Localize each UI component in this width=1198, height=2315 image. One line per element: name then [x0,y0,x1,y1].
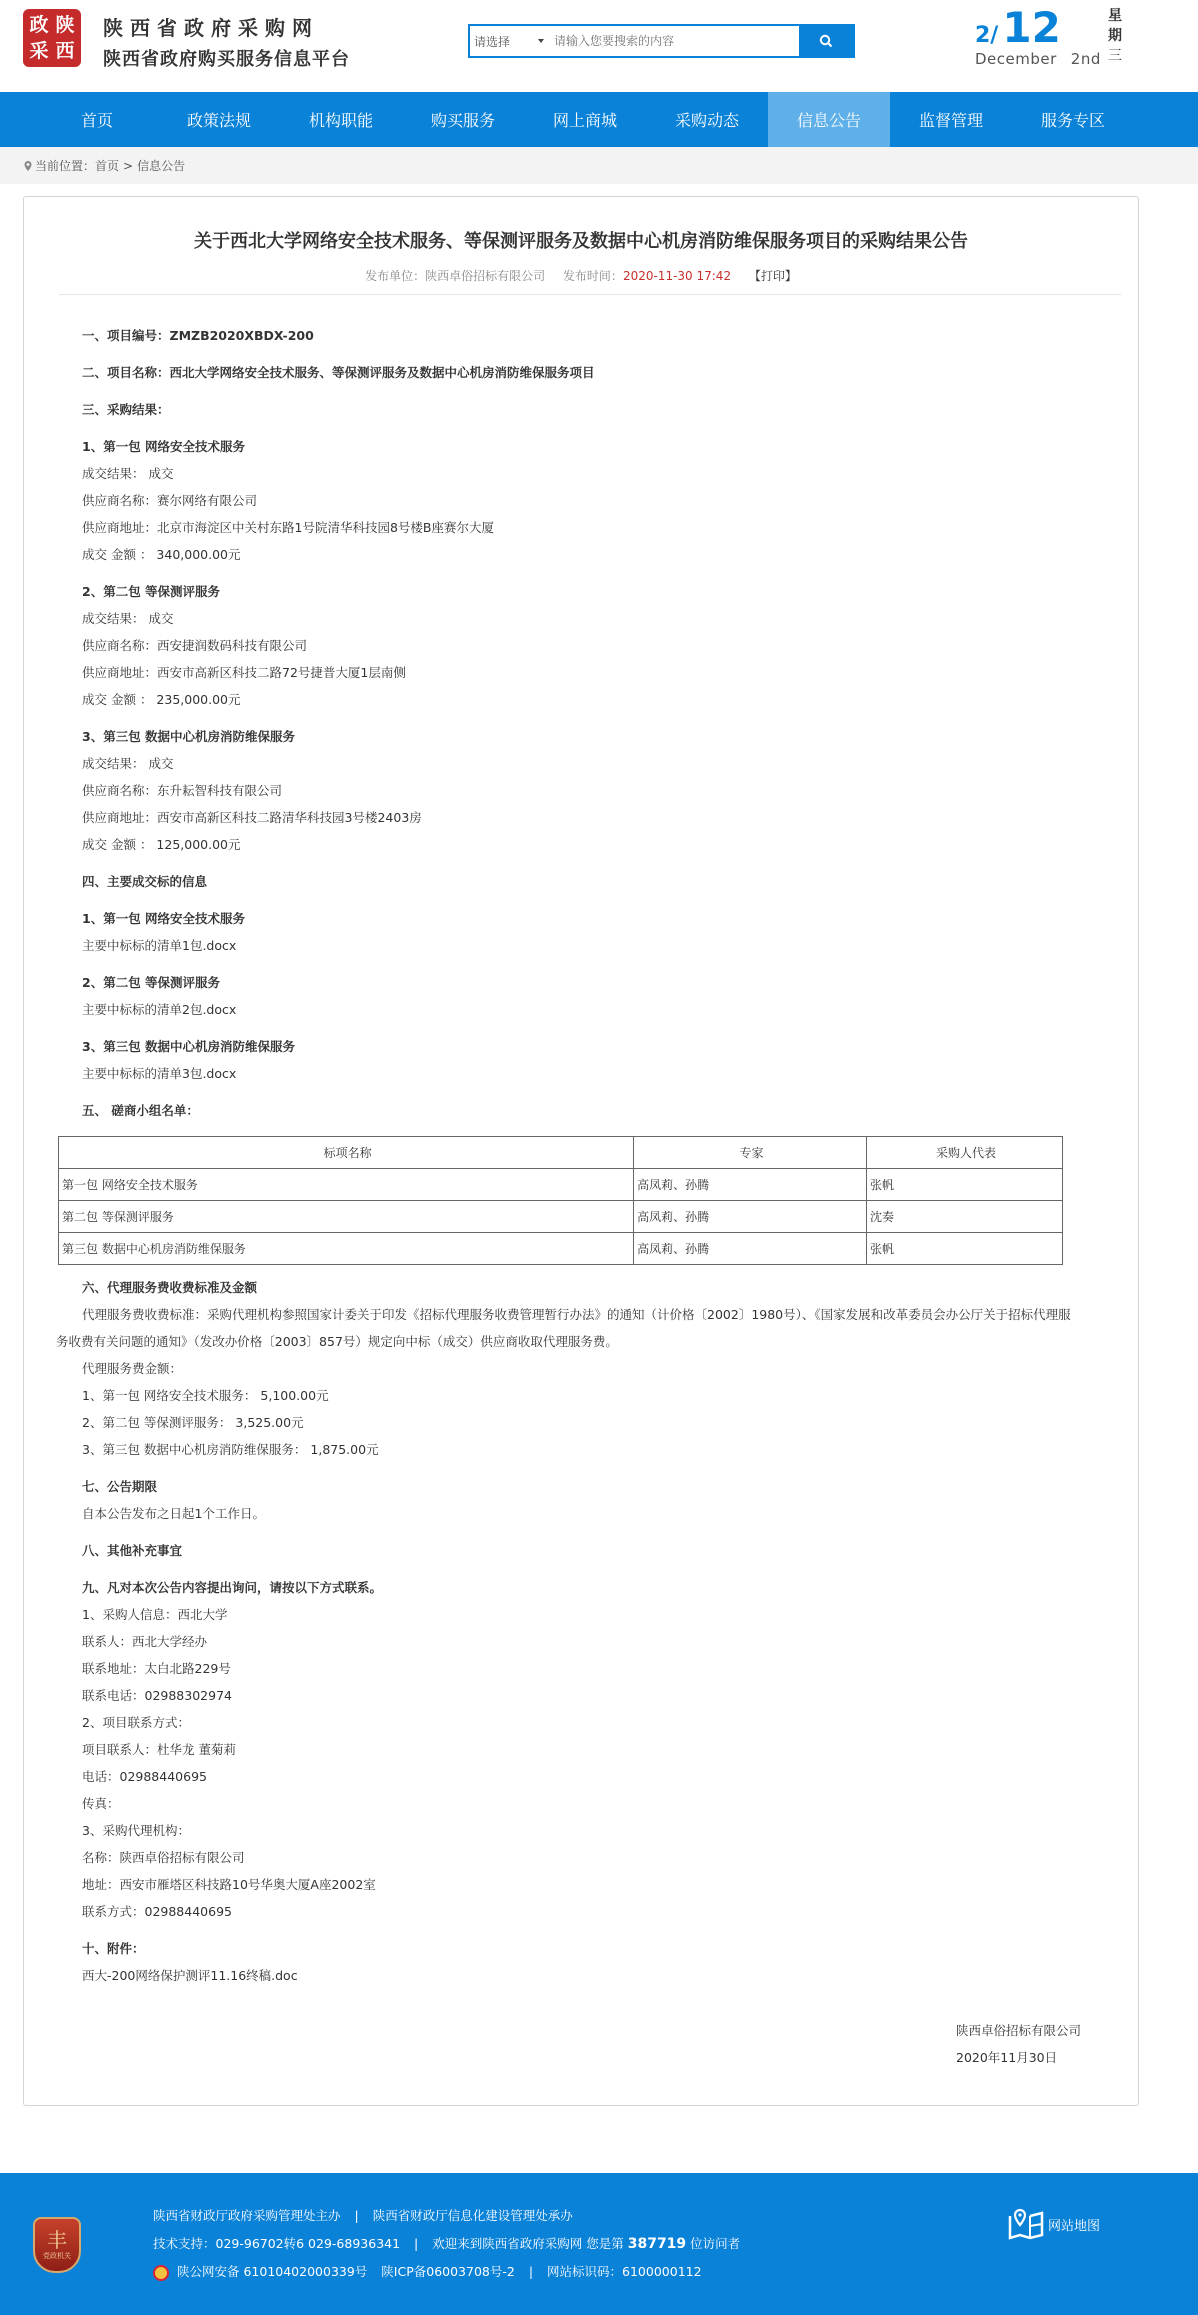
target-title: 3、第三包 数据中心机房消防维保服务 [82,1033,1138,1060]
section-heading: 十、附件： [82,1935,1138,1962]
package-amount: 成交 金额 ： 340,000.00元 [82,541,1138,568]
sitemap-link[interactable]: 网站地图 [1008,2208,1100,2240]
contact-line: 联系电话：02988302974 [82,1682,1138,1709]
article-body: 一、项目编号：ZMZB2020XBDX-200 二、项目名称：西北大学网络安全技… [24,322,1138,2071]
period-text: 自本公告发布之日起1个工作日。 [82,1500,1138,1527]
site-logo[interactable]: 政 陕 采 西 [23,9,81,67]
signature: 陕西卓俗招标有限公司 2020年11月30日 [956,2017,1138,2071]
footer-sponsor: 陕西省财政厅政府采购管理处主办 [153,2208,341,2223]
breadcrumb-current[interactable]: 信息公告 [137,157,185,174]
table-header: 标项名称 [59,1137,634,1169]
footer-info: 陕西省财政厅政府采购管理处主办 | 陕西省财政厅信息化建设管理处承办 技术支持：… [153,2202,740,2286]
table-row: 第二包 等保测评服务 高凤莉、孙腾 沈奏 [59,1201,1063,1233]
footer-tech-support: 技术支持：029-96702转6 029-68936341 [153,2236,400,2251]
contact-line: 联系方式：02988440695 [82,1898,1138,1925]
package-address: 供应商地址：北京市海淀区中关村东路1号院清华科技园8号楼B座赛尔大厦 [82,514,1138,541]
site-subtitle: 陕西省政府购买服务信息平台 [103,45,350,71]
section-heading: 五、 磋商小组名单： [82,1097,1138,1124]
package-supplier: 供应商名称：西安捷润数码科技有限公司 [82,632,1138,659]
footer-visitor-suffix: 位访问者 [690,2236,740,2251]
site-title: 陕西省政府采购网 [103,12,350,41]
fee-item: 1、第一包 网络安全技术服务： 5,100.00元 [82,1382,1138,1409]
month-number: 2/ [975,23,998,48]
table-row: 第三包 数据中心机房消防维保服务 高凤莉、孙腾 张帆 [59,1233,1063,1265]
contact-line: 联系人：西北大学经办 [82,1628,1138,1655]
table-header: 采购人代表 [866,1137,1062,1169]
contact-line: 名称：陕西卓俗招标有限公司 [82,1844,1138,1871]
nav-item-online-mall[interactable]: 网上商城 [524,92,646,147]
table-cell: 沈奏 [866,1201,1062,1233]
table-row: 第一包 网络安全技术服务 高凤莉、孙腾 张帆 [59,1169,1063,1201]
caret-down-icon [538,39,544,43]
contact-line: 传真： [82,1790,1138,1817]
article-meta: 发布单位：陕西卓俗招标有限公司 发布时间：2020-11-30 17:42 【打… [24,267,1138,284]
sign-company: 陕西卓俗招标有限公司 [956,2017,1138,2044]
nav-item-institutions[interactable]: 机构职能 [280,92,402,147]
weekday: 星 期 三 [1108,6,1124,66]
table-cell: 张帆 [866,1169,1062,1201]
search-icon [819,34,833,48]
article-title: 关于西北大学网络安全技术服务、等保测评服务及数据中心机房消防维保服务项目的采购结… [24,227,1138,253]
publisher: 发布单位：陕西卓俗招标有限公司 [365,269,545,283]
target-title: 2、第二包 等保测评服务 [82,969,1138,996]
day-number: 12 [1002,4,1060,52]
nav-item-home[interactable]: 首页 [36,92,158,147]
contact-line: 项目联系人：杜华龙 董菊莉 [82,1736,1138,1763]
print-link[interactable]: 【打印】 [749,269,797,283]
article-card: 关于西北大学网络安全技术服务、等保测评服务及数据中心机房消防维保服务项目的采购结… [23,196,1139,2106]
table-cell: 张帆 [866,1233,1062,1265]
table-header: 专家 [634,1137,867,1169]
package-result: 成交结果： 成交 [82,750,1138,777]
weekday-char: 星 [1108,8,1122,24]
package-title: 3、第三包 数据中心机房消防维保服务 [82,723,1138,750]
search-bar: 请选择 [468,24,855,58]
contact-line: 地址：西安市雁塔区科技路10号华奥大厦A座2002室 [82,1871,1138,1898]
fee-label: 代理服务费金额： [82,1355,1138,1382]
nav-item-procurement-news[interactable]: 采购动态 [646,92,768,147]
fee-standard: 代理服务费收费标准：采购代理机构参照国家计委关于印发《招标代理服务收费管理暂行办… [56,1301,1076,1355]
package-amount: 成交 金额 ： 125,000.00元 [82,831,1138,858]
contact-line: 联系地址：太白北路229号 [82,1655,1138,1682]
weekday-char: 三 [1108,48,1122,64]
footer-welcome: 欢迎来到陕西省政府采购网 您是第 [432,2236,623,2251]
section-heading: 三、采购结果： [82,396,1138,423]
logo-char: 陕 [53,13,77,37]
footer-icp[interactable]: 陕ICP备06003708号-2 [381,2264,515,2279]
package-title: 2、第二包 等保测评服务 [82,578,1138,605]
nav-item-supervision[interactable]: 监督管理 [890,92,1012,147]
table-cell: 第一包 网络安全技术服务 [59,1169,634,1201]
table-cell: 第三包 数据中心机房消防维保服务 [59,1233,634,1265]
site-footer: 丰 党政机关 陕西省财政厅政府采购管理处主办 | 陕西省财政厅信息化建设管理处承… [0,2173,1198,2315]
day-ordinal: 2nd [1071,50,1101,68]
select-value: 请选择 [474,33,510,50]
breadcrumb: 当前位置： 首页 > 信息公告 [0,147,1198,184]
search-category-select[interactable]: 请选择 [470,26,552,56]
target-file-link[interactable]: 主要中标标的清单3包.docx [82,1060,1138,1087]
table-cell: 高凤莉、孙腾 [634,1201,867,1233]
breadcrumb-home[interactable]: 首页 [95,157,119,174]
site-name: 陕西省政府采购网 陕西省政府购买服务信息平台 [103,12,350,71]
section-heading: 四、主要成交标的信息 [82,868,1138,895]
contact-line: 2、项目联系方式： [82,1709,1138,1736]
footer-site-code: 网站标识码：6100000112 [547,2264,702,2279]
section-heading: 七、公告期限 [82,1473,1138,1500]
site-header: 政 陕 采 西 陕西省政府采购网 陕西省政府购买服务信息平台 请选择 2/ 12… [0,0,1198,92]
package-supplier: 供应商名称：东升耘智科技有限公司 [82,777,1138,804]
section-heading: 二、项目名称：西北大学网络安全技术服务、等保测评服务及数据中心机房消防维保服务项… [82,359,1138,386]
breadcrumb-prefix: 当前位置： [35,157,95,174]
panel-table: 标项名称 专家 采购人代表 第一包 网络安全技术服务 高凤莉、孙腾 张帆 第二包… [58,1136,1063,1265]
logo-char: 政 [27,13,51,37]
package-address: 供应商地址：西安市高新区科技二路72号捷普大厦1层南侧 [82,659,1138,686]
search-input[interactable] [552,26,799,56]
footer-organizer: 陕西省财政厅信息化建设管理处承办 [373,2208,573,2223]
sign-date: 2020年11月30日 [956,2044,1138,2071]
contact-line: 电话：02988440695 [82,1763,1138,1790]
nav-item-purchase-services[interactable]: 购买服务 [402,92,524,147]
table-cell: 第二包 等保测评服务 [59,1201,634,1233]
separator: | [414,2236,418,2251]
publish-time: 2020-11-30 17:42 [623,269,731,283]
target-file-link[interactable]: 主要中标标的清单2包.docx [82,996,1138,1023]
package-title: 1、第一包 网络安全技术服务 [82,433,1138,460]
attachment-link[interactable]: 西大-200网络保护测评11.16终稿.doc [82,1962,1138,1989]
sitemap-label: 网站地图 [1048,2215,1100,2234]
visitor-count: 387719 [628,2236,686,2252]
date-display: 2/ 12 December2nd [975,4,1101,68]
package-amount: 成交 金额 ： 235,000.00元 [82,686,1138,713]
package-result: 成交结果： 成交 [82,460,1138,487]
target-file-link[interactable]: 主要中标标的清单1包.docx [82,932,1138,959]
fee-item: 3、第三包 数据中心机房消防维保服务： 1,875.00元 [82,1436,1138,1463]
table-cell: 高凤莉、孙腾 [634,1169,867,1201]
contact-line: 3、采购代理机构： [82,1817,1138,1844]
logo-char: 采 [27,39,51,63]
month-name: December [975,50,1057,68]
location-pin-icon [24,161,32,171]
target-title: 1、第一包 网络安全技术服务 [82,905,1138,932]
section-heading: 六、代理服务费收费标准及金额 [82,1274,1138,1301]
breadcrumb-separator: > [123,159,133,173]
map-icon [1008,2208,1044,2240]
fee-standard-text: 代理服务费收费标准：采购代理机构参照国家计委关于印发《招标代理服务收费管理暂行办… [56,1307,1071,1349]
section-heading: 八、其他补充事宜 [82,1537,1138,1564]
publish-time-label: 发布时间： [563,269,623,283]
contact-line: 1、采购人信息：西北大学 [82,1601,1138,1628]
table-header-row: 标项名称 专家 采购人代表 [59,1137,1063,1169]
weekday-char: 期 [1108,28,1122,44]
footer-police-record[interactable]: 陕公网安备 61010402000339号 [177,2264,367,2279]
search-button[interactable] [799,26,853,56]
section-heading: 一、项目编号：ZMZB2020XBDX-200 [82,322,1138,349]
table-cell: 高凤莉、孙腾 [634,1233,867,1265]
badge-text: 党政机关 [43,2251,71,2261]
package-supplier: 供应商名称：赛尔网络有限公司 [82,487,1138,514]
fee-item: 2、第二包 等保测评服务： 3,525.00元 [82,1409,1138,1436]
nav-item-service-zone[interactable]: 服务专区 [1012,92,1134,147]
party-gov-badge-icon[interactable]: 丰 党政机关 [33,2217,81,2273]
separator: | [355,2208,359,2223]
package-result: 成交结果： 成交 [82,605,1138,632]
package-address: 供应商地址：西安市高新区科技二路清华科技园3号楼2403房 [82,804,1138,831]
separator: | [529,2264,533,2279]
main-nav: 首页 政策法规 机构职能 购买服务 网上商城 采购动态 信息公告 监督管理 服务… [0,92,1198,147]
nav-item-announcements[interactable]: 信息公告 [768,92,890,147]
section-heading: 九、凡对本次公告内容提出询问，请按以下方式联系。 [82,1574,1138,1601]
nav-item-policy[interactable]: 政策法规 [158,92,280,147]
divider [59,294,1121,295]
logo-char: 西 [53,39,77,63]
police-emblem-icon [153,2265,169,2281]
